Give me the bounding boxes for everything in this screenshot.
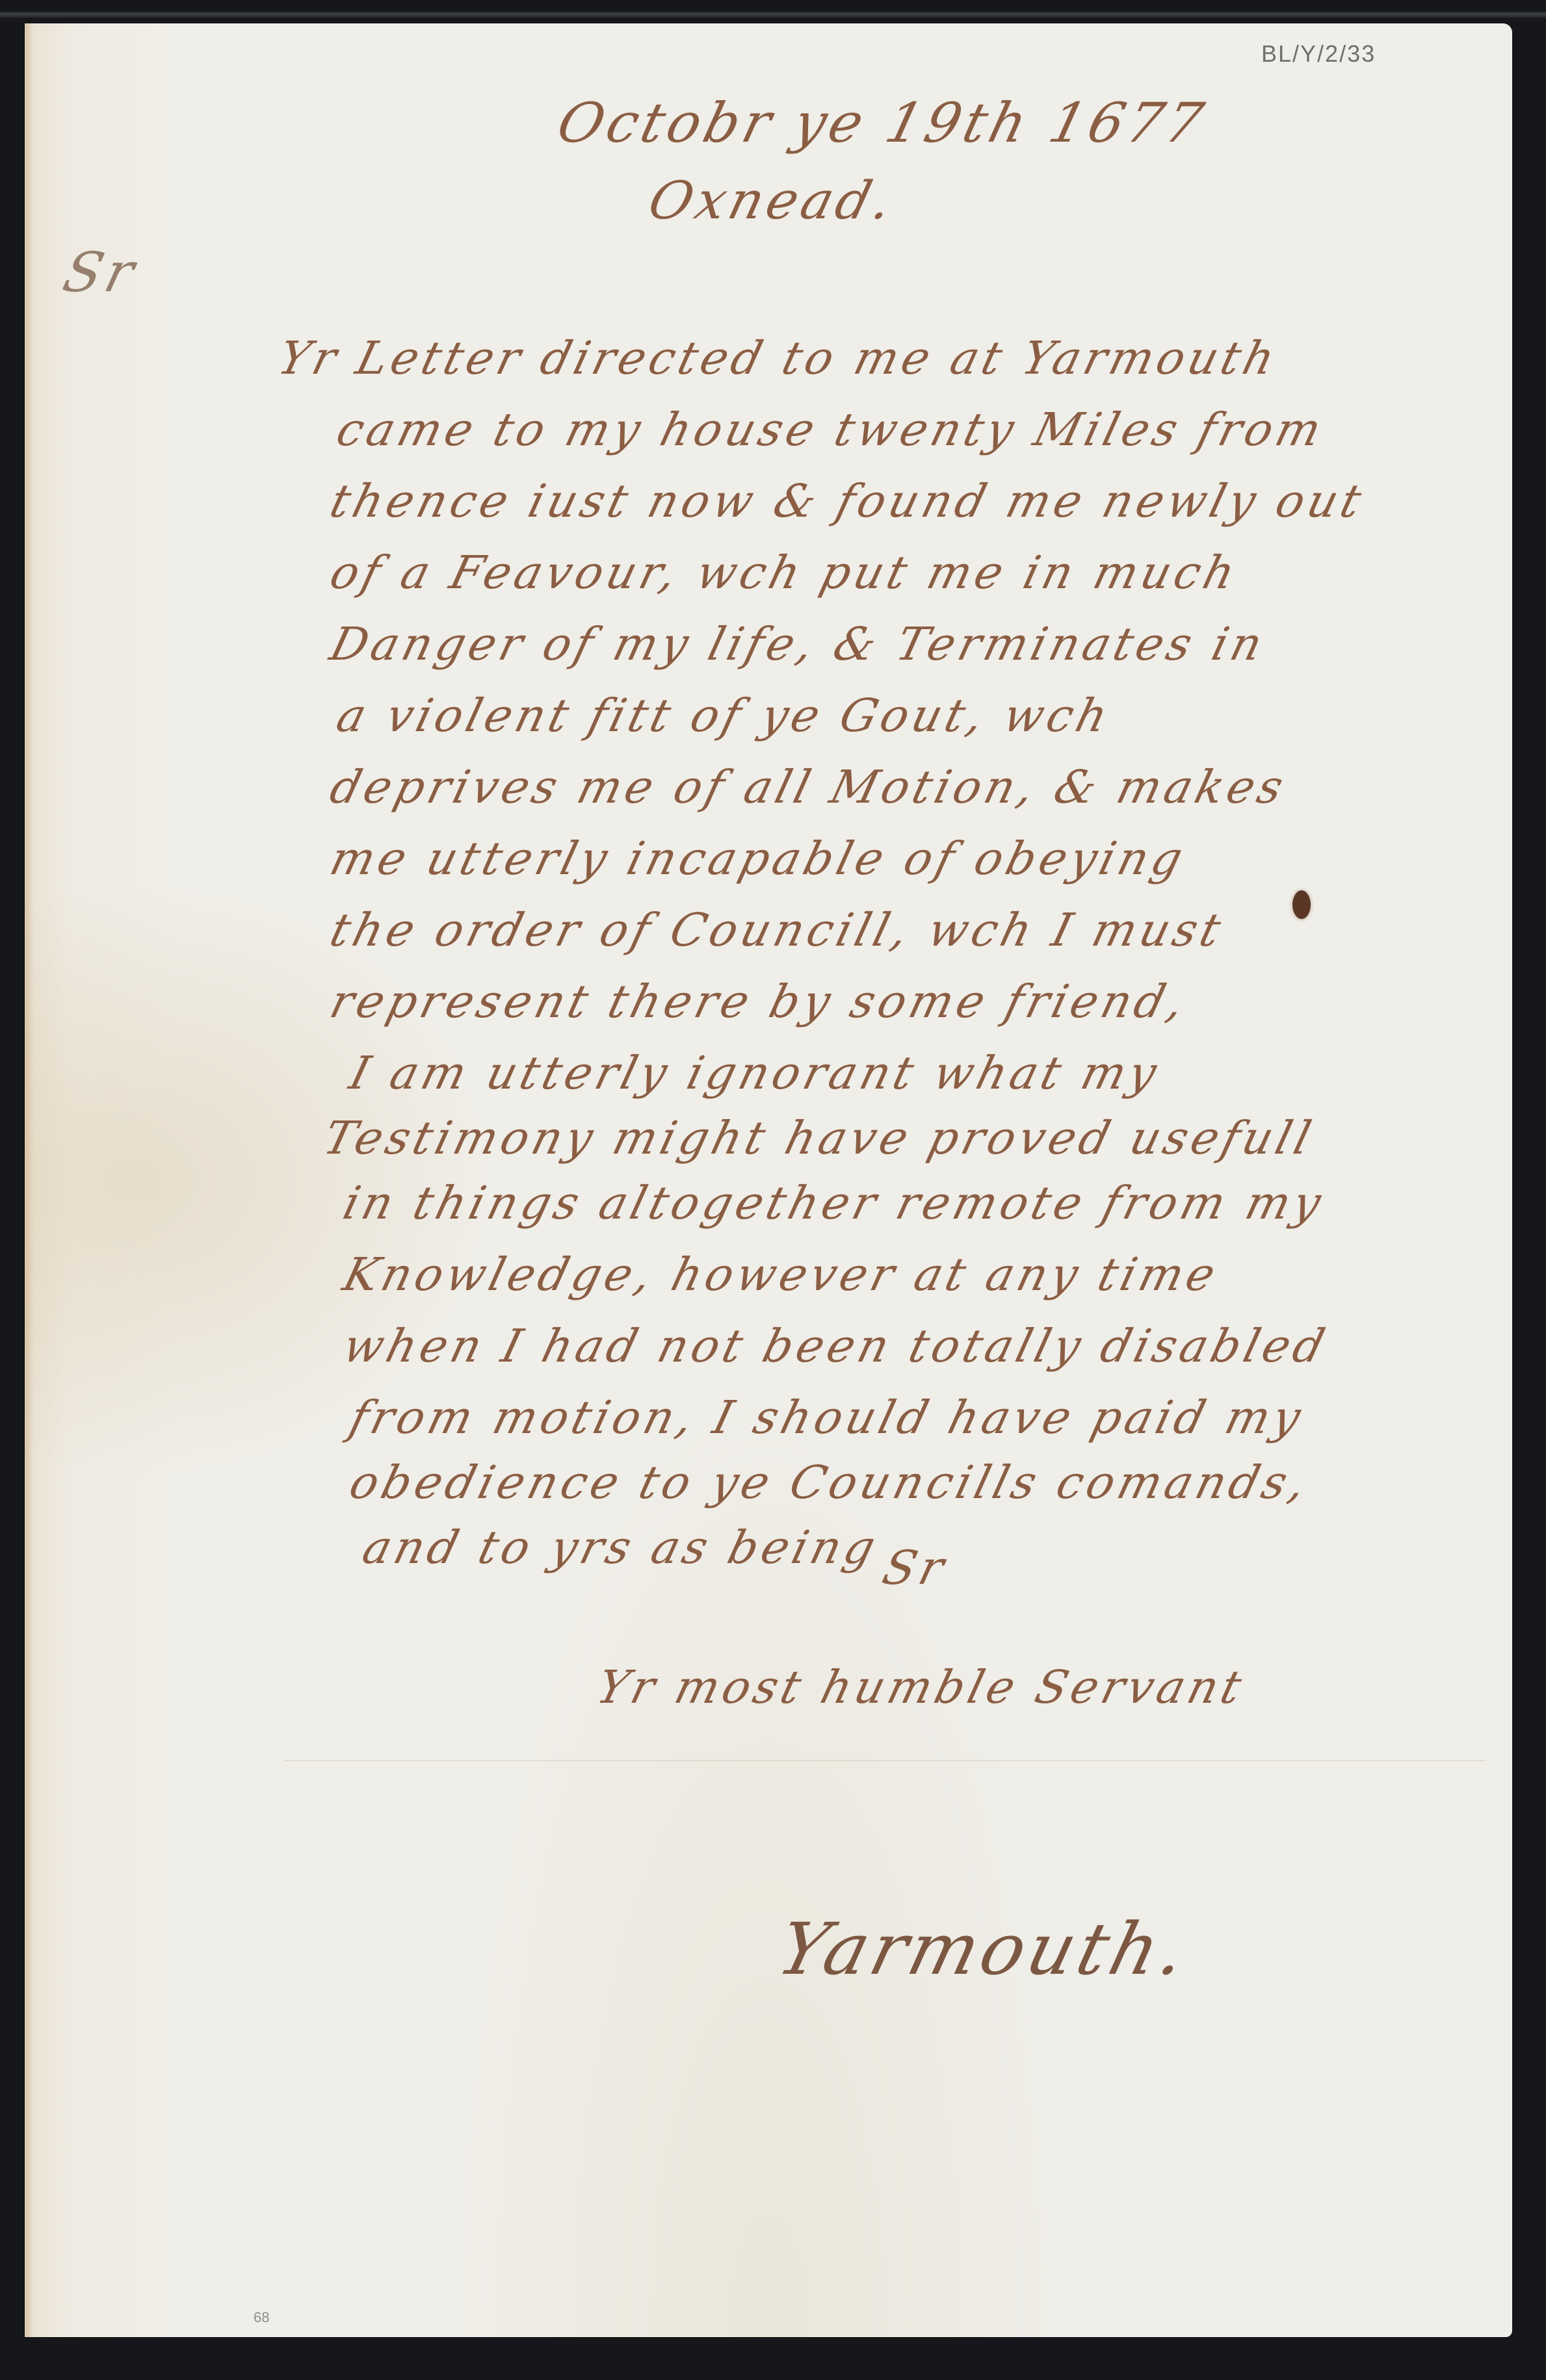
body-line: from motion, I should have paid my [345,1391,1310,1444]
body-line: Testimony might have proved usefull [319,1111,1320,1165]
signature: Yarmouth. [770,1908,1199,1991]
archive-reference: BL/Y/2/33 [1261,40,1376,68]
body-line: represent there by some friend, [325,975,1194,1028]
body-line: me utterly incapable of obeying [325,832,1192,885]
body-line: obedience to ye Councills comands, [345,1456,1315,1509]
body-line: a violent fitt of ye Gout, wch [332,689,1117,742]
body-line: of a Feavour, wch put me in much [325,546,1244,599]
body-line: Danger of my life, & Terminates in [325,617,1272,671]
body-line: when I had not been totally disabled [338,1319,1334,1373]
mount-edge [0,12,1546,18]
body-line: the order of Councill, wch I must [325,903,1230,957]
folio-number: 68 [254,2309,269,2326]
body-line: Knowledge, however at any time [338,1248,1225,1301]
body-line: came to my house twenty Miles from [332,403,1330,456]
fold-crease [285,1760,1486,1761]
closing-phrase: Yr most humble Servant [592,1661,1251,1714]
ink-blot [1292,890,1311,919]
body-line: deprives me of all Motion, & makes [325,760,1292,814]
body-line: Yr Letter directed to me at Yarmouth [273,331,1284,385]
body-line: thence iust now & found me newly out [325,474,1370,528]
body-line: in things altogether remote from my [338,1176,1330,1230]
body-line: I am utterly ignorant what my [345,1046,1166,1100]
body-line: and to yrs as being [358,1521,884,1574]
letter-date: Octobr ye 19th 1677 [551,91,1213,155]
letter-place: Oxnead. [642,170,902,231]
